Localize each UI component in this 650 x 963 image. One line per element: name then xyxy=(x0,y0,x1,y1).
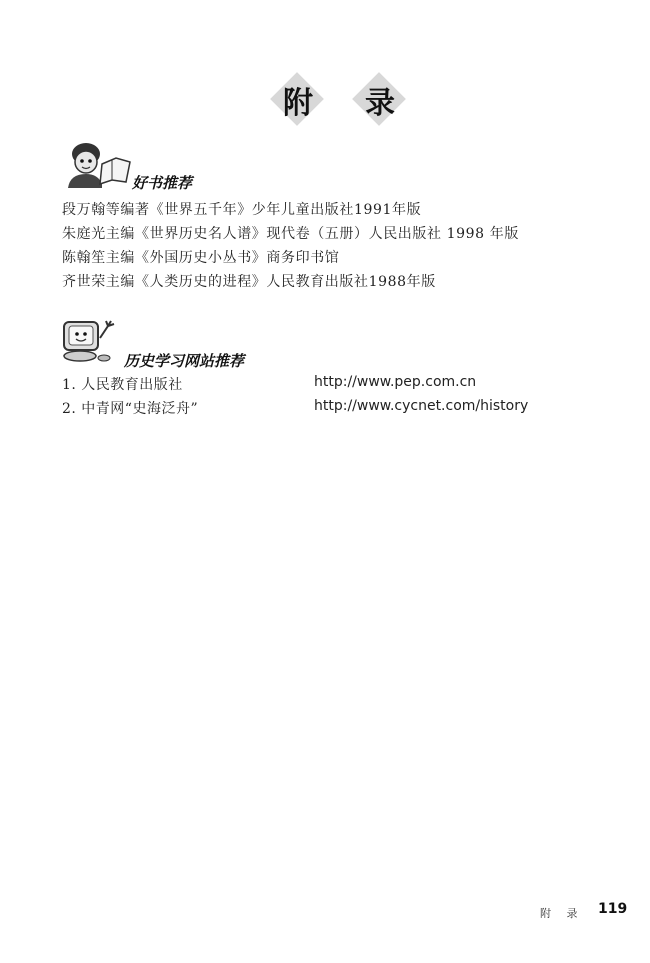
title-char-2: 录 xyxy=(352,72,408,128)
book-item: 齐世荣主编《人类历史的进程》人民教育出版社1988年版 xyxy=(62,271,436,291)
title-char-1: 附 xyxy=(270,72,326,128)
books-section-title: 好书推荐 xyxy=(132,172,192,193)
book-item: 陈翰笙主编《外国历史小丛书》商务印书馆 xyxy=(62,247,339,267)
websites-section-title: 历史学习网站推荐 xyxy=(124,350,244,371)
page-title: 附 录 xyxy=(0,72,650,132)
book-item: 朱庭光主编《世界历史名人谱》现代卷（五册）人民出版社 1998 年版 xyxy=(62,223,519,243)
page-number: 119 xyxy=(598,901,627,917)
website-name: 1. 人民教育出版社 xyxy=(62,374,183,394)
boy-reading-book-icon xyxy=(60,140,132,190)
waving-computer-icon xyxy=(60,318,124,364)
footer-section-label: 附 录 xyxy=(540,905,584,921)
book-item: 段万翰等编著《世界五千年》少年儿童出版社1991年版 xyxy=(62,199,421,219)
website-name: 2. 中青网“史海泛舟” xyxy=(62,398,198,418)
website-url[interactable]: http://www.cycnet.com/history xyxy=(314,398,528,414)
website-url[interactable]: http://www.pep.com.cn xyxy=(314,374,476,390)
